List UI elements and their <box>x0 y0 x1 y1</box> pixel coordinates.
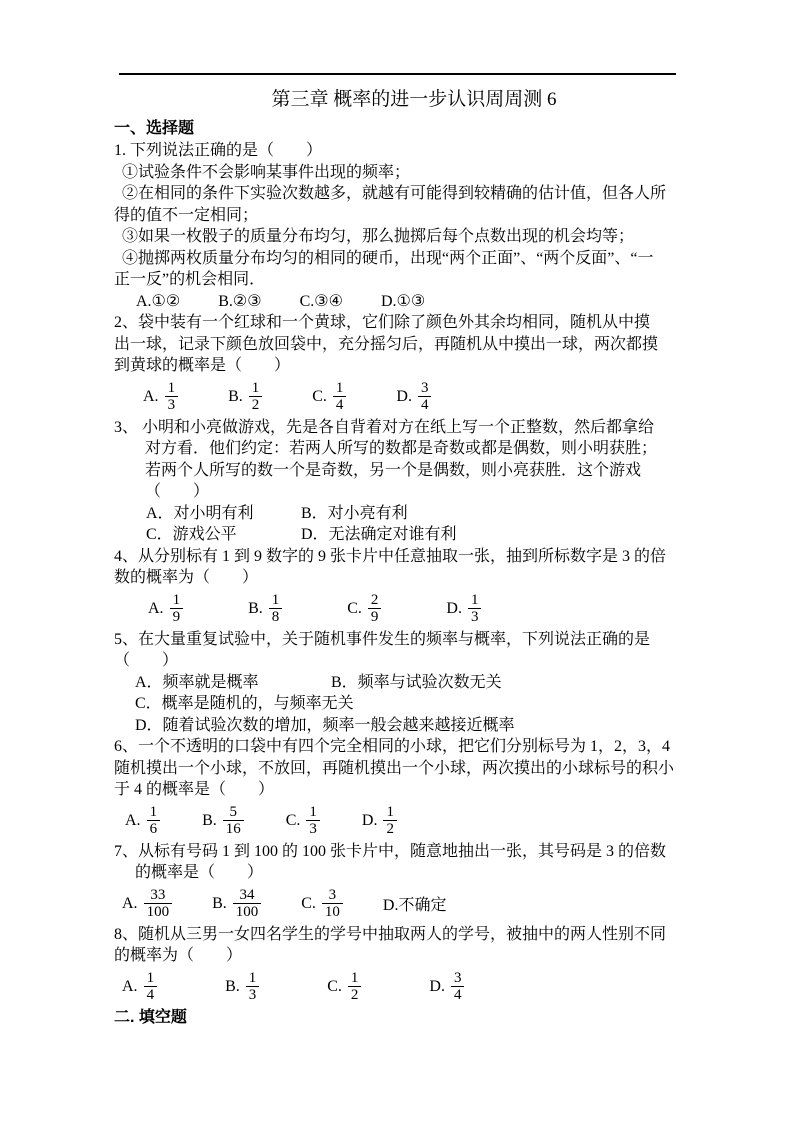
fraction: 13 <box>306 804 320 837</box>
q1-item-1: ①试验条件不会影响某事件出现的频率； <box>114 162 714 184</box>
q3-options-row-2: C．游戏公平 D．无法确定对谁有利 <box>114 524 714 546</box>
q4-option-b: B. 18 <box>248 592 282 625</box>
q5-options-row-1: A．频率就是概率 B．频率与试验次数无关 <box>114 672 714 694</box>
fraction: 34 <box>451 970 465 1003</box>
q5-option-d: D．随着试验次数的增加，频率一般会越来越接近概率 <box>114 715 714 737</box>
fraction: 34 <box>418 380 432 413</box>
q8-options-row: A. 14 B. 13 C. 12 D. 34 <box>122 967 714 1007</box>
q3-stem-line-2: 对方看．他们约定：若两人所写的数都是奇数或都是偶数，则小明获胜； <box>114 438 714 460</box>
fraction: 19 <box>170 592 184 625</box>
fraction: 13 <box>246 970 260 1003</box>
q3-option-d: D．无法确定对谁有利 <box>301 524 457 546</box>
q6-option-a: A. 16 <box>125 804 160 837</box>
q2-stem-line-3: 到黄球的概率是（ ） <box>114 355 714 377</box>
q3-stem-line-1: 3、 小明和小亮做游戏，先是各自背着对方在纸上写一个正整数，然后都拿给 <box>114 417 714 439</box>
q4-stem-line-1: 4、从分别标有 1 到 9 数字的 9 张卡片中任意抽取一张，抽到所标数字是 3… <box>114 546 714 568</box>
q2-option-d: D. 34 <box>396 380 431 413</box>
q8-stem-line-2: 的概率为（ ） <box>114 945 714 967</box>
q6-stem-line-1: 6、一个不透明的口袋中有四个完全相同的小球，把它们分别标号为 1，2，3，4 <box>114 736 714 758</box>
fraction: 12 <box>249 380 263 413</box>
q6-option-b: B. 516 <box>202 804 244 837</box>
worksheet-page: 第三章 概率的进一步认识周周测 6 一、选择题 1. 下列说法正确的是（ ） ①… <box>0 0 793 1122</box>
fraction: 14 <box>333 380 347 413</box>
question-5: 5、在大量重复试验中，关于随机事件发生的频率与概率，下列说法正确的是 （ ） A… <box>114 629 714 737</box>
q7-options-row: A. 33100 B. 34100 C. 310 D.不确定 <box>122 884 714 924</box>
fraction: 34100 <box>233 887 262 920</box>
fraction: 13 <box>165 380 179 413</box>
question-4: 4、从分别标有 1 到 9 数字的 9 张卡片中任意抽取一张，抽到所标数字是 3… <box>114 546 714 629</box>
q6-option-d: D. 12 <box>362 804 397 837</box>
q1-item-2-line-1: ②在相同的条件下实验次数越多，就越有可能得到较精确的估计值，但各人所 <box>114 183 714 205</box>
q3-option-a: A．对小明有利 <box>146 503 301 525</box>
q5-option-c: C．概率是随机的，与频率无关 <box>114 693 714 715</box>
q3-option-c: C．游戏公平 <box>146 524 301 546</box>
fraction: 516 <box>223 804 244 837</box>
q3-option-b: B．对小亮有利 <box>301 503 408 525</box>
q6-stem-line-2: 随机摸出一个小球，不放回，再随机摸出一个小球，两次摸出的小球标号的积小 <box>114 758 714 780</box>
q1-item-4-line-1: ④抛掷两枚质量分布均匀的相同的硬币，出现“两个正面”、“两个反面”、“一 <box>114 248 714 270</box>
q8-option-d: D. 34 <box>429 970 464 1003</box>
question-1: 1. 下列说法正确的是（ ） ①试验条件不会影响某事件出现的频率； ②在相同的条… <box>114 140 714 312</box>
q7-option-d: D.不确定 <box>383 892 447 915</box>
q4-option-d: D. 13 <box>446 592 481 625</box>
q1-stem: 1. 下列说法正确的是（ ） <box>114 140 714 162</box>
fraction: 310 <box>322 887 343 920</box>
q6-options-row: A. 16 B. 516 C. 13 D. 12 <box>125 801 714 841</box>
question-8: 8、随机从三男一女四名学生的学号中抽取两人的学号，被抽中的两人性别不同 的概率为… <box>114 924 714 1007</box>
q1-option-d: D.①③ <box>381 291 425 313</box>
q7-option-b: B. 34100 <box>212 887 261 920</box>
q5-option-a: A．频率就是概率 <box>135 672 331 694</box>
q1-item-4-line-2: 正一反”的机会相同． <box>114 269 714 291</box>
fraction: 14 <box>144 970 158 1003</box>
fraction: 18 <box>269 592 283 625</box>
q1-option-b: B.②③ <box>218 291 261 313</box>
fraction: 12 <box>383 804 397 837</box>
q8-option-b: B. 13 <box>225 970 259 1003</box>
q4-option-c: C. 29 <box>347 592 381 625</box>
fraction: 29 <box>368 592 382 625</box>
q2-option-c: C. 14 <box>312 380 346 413</box>
fraction: 12 <box>348 970 362 1003</box>
q6-stem-line-3: 于 4 的概率是（ ） <box>114 779 714 801</box>
q8-stem-line-1: 8、随机从三男一女四名学生的学号中抽取两人的学号，被抽中的两人性别不同 <box>114 924 714 946</box>
header-rule <box>119 73 676 75</box>
q2-stem-line-2: 出一球，记录下颜色放回袋中，充分摇匀后，再随机从中摸出一球，两次都摸 <box>114 334 714 356</box>
q3-options-row-1: A．对小明有利 B．对小亮有利 <box>114 503 714 525</box>
q5-stem-line-2: （ ） <box>114 650 714 672</box>
q1-options-row: A.①② B.②③ C.③④ D.①③ <box>136 291 714 313</box>
fraction: 16 <box>147 804 161 837</box>
section-heading-choice: 一、选择题 <box>114 118 714 140</box>
q2-option-b: B. 12 <box>228 380 262 413</box>
q4-stem-line-2: 数的概率为（ ） <box>114 567 714 589</box>
section-heading-fill: 二. 填空题 <box>114 1007 714 1029</box>
q4-options-row: A. 19 B. 18 C. 29 D. 13 <box>148 589 714 629</box>
q2-option-a: A. 13 <box>143 380 178 413</box>
q3-stem-line-3: 若两个人所写的数一个是奇数，另一个是偶数，则小亮获胜．这个游戏 <box>114 460 714 482</box>
q7-option-c: C. 310 <box>301 887 343 920</box>
question-6: 6、一个不透明的口袋中有四个完全相同的小球，把它们分别标号为 1，2，3，4 随… <box>114 736 714 841</box>
q6-option-c: C. 13 <box>286 804 320 837</box>
q7-stem-line-1: 7、从标有号码 1 到 100 的 100 张卡片中，随意地抽出一张，其号码是 … <box>114 841 714 863</box>
q1-item-2-line-2: 得的值不一定相同； <box>114 205 714 227</box>
q7-option-a: A. 33100 <box>122 887 172 920</box>
document-content: 第三章 概率的进一步认识周周测 6 一、选择题 1. 下列说法正确的是（ ） ①… <box>114 86 714 1029</box>
q4-option-a: A. 19 <box>148 592 183 625</box>
q5-stem-line-1: 5、在大量重复试验中，关于随机事件发生的频率与概率，下列说法正确的是 <box>114 629 714 651</box>
q5-option-b: B．频率与试验次数无关 <box>331 672 502 694</box>
q1-option-c: C.③④ <box>300 291 343 313</box>
question-2: 2、袋中装有一个红球和一个黄球，它们除了颜色外其余均相同，随机从中摸 出一球，记… <box>114 312 714 417</box>
q8-option-c: C. 12 <box>327 970 361 1003</box>
q2-options-row: A. 13 B. 12 C. 14 D. 34 <box>143 377 714 417</box>
q8-option-a: A. 14 <box>122 970 157 1003</box>
page-title: 第三章 概率的进一步认识周周测 6 <box>114 86 714 114</box>
question-7: 7、从标有号码 1 到 100 的 100 张卡片中，随意地抽出一张，其号码是 … <box>114 841 714 924</box>
fraction: 13 <box>468 592 482 625</box>
q1-option-a: A.①② <box>136 291 180 313</box>
q2-stem-line-1: 2、袋中装有一个红球和一个黄球，它们除了颜色外其余均相同，随机从中摸 <box>114 312 714 334</box>
fraction: 33100 <box>144 887 173 920</box>
q1-item-3: ③如果一枚骰子的质量分布均匀，那么抛掷后每个点数出现的机会均等； <box>114 226 714 248</box>
q3-stem-line-4: （ ） <box>114 481 714 503</box>
q7-stem-line-2: 的概率是（ ） <box>114 862 714 884</box>
question-3: 3、 小明和小亮做游戏，先是各自背着对方在纸上写一个正整数，然后都拿给 对方看．… <box>114 417 714 546</box>
